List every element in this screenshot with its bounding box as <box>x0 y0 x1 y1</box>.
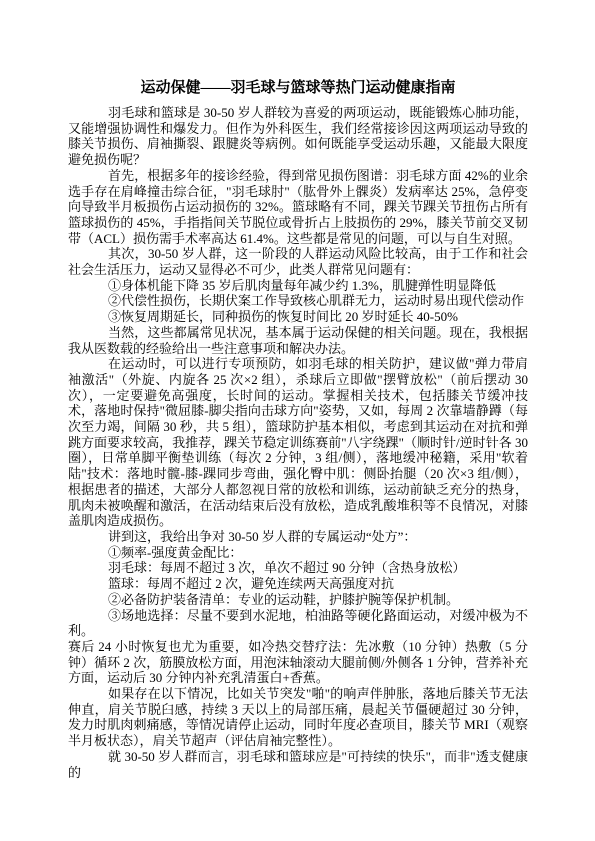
injury-statistics-paragraph: 首先，根据多年的接诊经验，得到常见损伤图谱：羽毛球方面 42%的业余选手存在肩峰… <box>68 168 528 247</box>
prescription-basketball-line: 篮球：每周不超过 2 次，避免连续两天高强度对抗 <box>68 576 528 592</box>
prevention-paragraph: 在运动时，可以进行专项预防，如羽毛球的相关防护，建议做"弹力带肩袖激活"（外旋、… <box>68 356 528 529</box>
prescription-item-2: ②必备防护装备清单：专业的运动鞋，护膝护腕等保护机制。 <box>68 592 528 608</box>
document-page: 运动保健——羽毛球与篮球等热门运动健康指南 羽毛球和篮球是 30-50 岁人群较… <box>0 0 595 841</box>
intro-paragraph: 羽毛球和篮球是 30-50 岁人群较为喜爱的两项运动，既能锻炼心肺功能，又能增强… <box>68 105 528 168</box>
prescription-item-1: ①频率-强度黄金配比： <box>68 545 528 561</box>
transition-paragraph: 当然，这些都属常见状况，基本属于运动保健的相关问题。现在，我根据我从医数载的经验… <box>68 325 528 356</box>
document-title: 运动保健——羽毛球与篮球等热门运动健康指南 <box>68 79 528 98</box>
conclusion-paragraph: 就 30-50 岁人群而言，羽毛球和篮球应是"可持续的快乐"，而非"透支健康的 <box>68 749 528 780</box>
age-group-risk-paragraph: 其次，30-50 岁人群，这一阶段的人群运动风险比较高，由于工作和社会社会生活压… <box>68 246 528 277</box>
risk-item-1: ①身体机能下降 35 岁后肌肉量每年减少约 1.3%，肌腱弹性明显降低 <box>68 278 528 294</box>
risk-item-2: ②代偿性损伤，长期伏案工作导致核心肌群无力，运动时易出现代偿动作 <box>68 293 528 309</box>
risk-item-3: ③恢复周期延长，同种损伤的恢复时间比 20 岁时延长 40-50% <box>68 309 528 325</box>
recovery-paragraph: 赛后 24 小时恢复也尤为重要，如冷热交替疗法：先冰敷（10 分钟）热敷（5 分… <box>68 639 528 686</box>
warning-signs-paragraph: 如果存在以下情况，比如关节突发"啪"的响声伴肿胀，落地后膝关节无法伸直，肩关节脱… <box>68 686 528 749</box>
prescription-intro-paragraph: 讲到这，我给出争对 30-50 岁人群的专属运动“处方”： <box>68 529 528 545</box>
prescription-item-3: ③场地选择：尽量不要到水泥地，柏油路等硬化路面运动，对缓冲极为不利。 <box>68 608 528 639</box>
prescription-badminton-line: 羽毛球：每周不超过 3 次，单次不超过 90 分钟（含热身放松） <box>68 560 528 576</box>
